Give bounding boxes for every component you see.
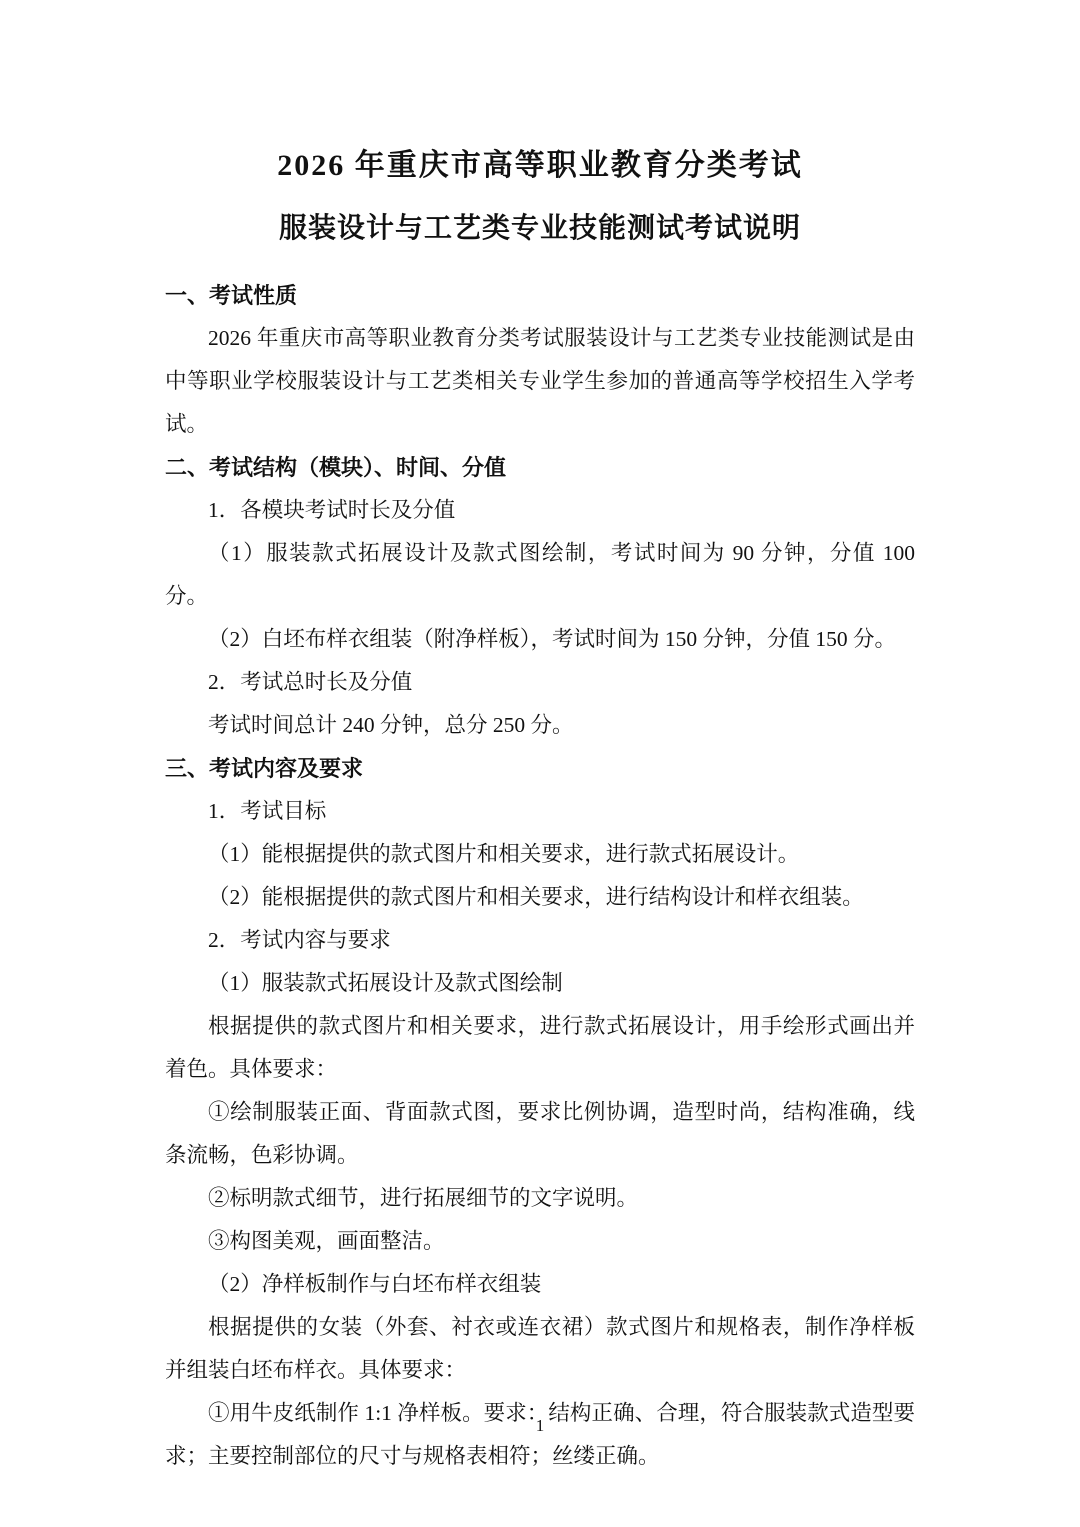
paragraph: ③构图美观，画面整洁。 <box>165 1220 915 1263</box>
paragraph: （2）能根据提供的款式图片和相关要求，进行结构设计和样衣组装。 <box>165 876 915 919</box>
paragraph: 1．考试目标 <box>165 790 915 833</box>
paragraph: （1）服装款式拓展设计及款式图绘制，考试时间为 90 分钟，分值 100 分。 <box>165 532 915 618</box>
paragraph: ①绘制服装正面、背面款式图，要求比例协调，造型时尚，结构准确，线条流畅，色彩协调… <box>165 1091 915 1177</box>
document-body: 一、考试性质2026 年重庆市高等职业教育分类考试服装设计与工艺类专业技能测试是… <box>165 274 915 1478</box>
document-page: 2026 年重庆市高等职业教育分类考试 服装设计与工艺类专业技能测试考试说明 一… <box>165 0 915 1478</box>
paragraph: 1．各模块考试时长及分值 <box>165 489 915 532</box>
paragraph: （2）净样板制作与白坯布样衣组装 <box>165 1263 915 1306</box>
paragraph: 2026 年重庆市高等职业教育分类考试服装设计与工艺类专业技能测试是由中等职业学… <box>165 317 915 446</box>
document-title-line1: 2026 年重庆市高等职业教育分类考试 <box>165 140 915 184</box>
paragraph: 根据提供的款式图片和相关要求，进行款式拓展设计，用手绘形式画出并着色。具体要求： <box>165 1005 915 1091</box>
paragraph: （2）白坯布样衣组装（附净样板），考试时间为 150 分钟，分值 150 分。 <box>165 618 915 661</box>
section-heading: 三、考试内容及要求 <box>165 747 915 790</box>
paragraph: 2．考试总时长及分值 <box>165 661 915 704</box>
page-number: 1 <box>0 1416 1080 1436</box>
document-title-line2: 服装设计与工艺类专业技能测试考试说明 <box>165 206 915 246</box>
section-heading: 一、考试性质 <box>165 274 915 317</box>
paragraph: ②标明款式细节，进行拓展细节的文字说明。 <box>165 1177 915 1220</box>
paragraph: 2．考试内容与要求 <box>165 919 915 962</box>
paragraph: 根据提供的女装（外套、衬衣或连衣裙）款式图片和规格表，制作净样板并组装白坯布样衣… <box>165 1306 915 1392</box>
paragraph: （1）能根据提供的款式图片和相关要求，进行款式拓展设计。 <box>165 833 915 876</box>
section-heading: 二、考试结构（模块）、时间、分值 <box>165 446 915 489</box>
paragraph: 考试时间总计 240 分钟，总分 250 分。 <box>165 704 915 747</box>
paragraph: （1）服装款式拓展设计及款式图绘制 <box>165 962 915 1005</box>
